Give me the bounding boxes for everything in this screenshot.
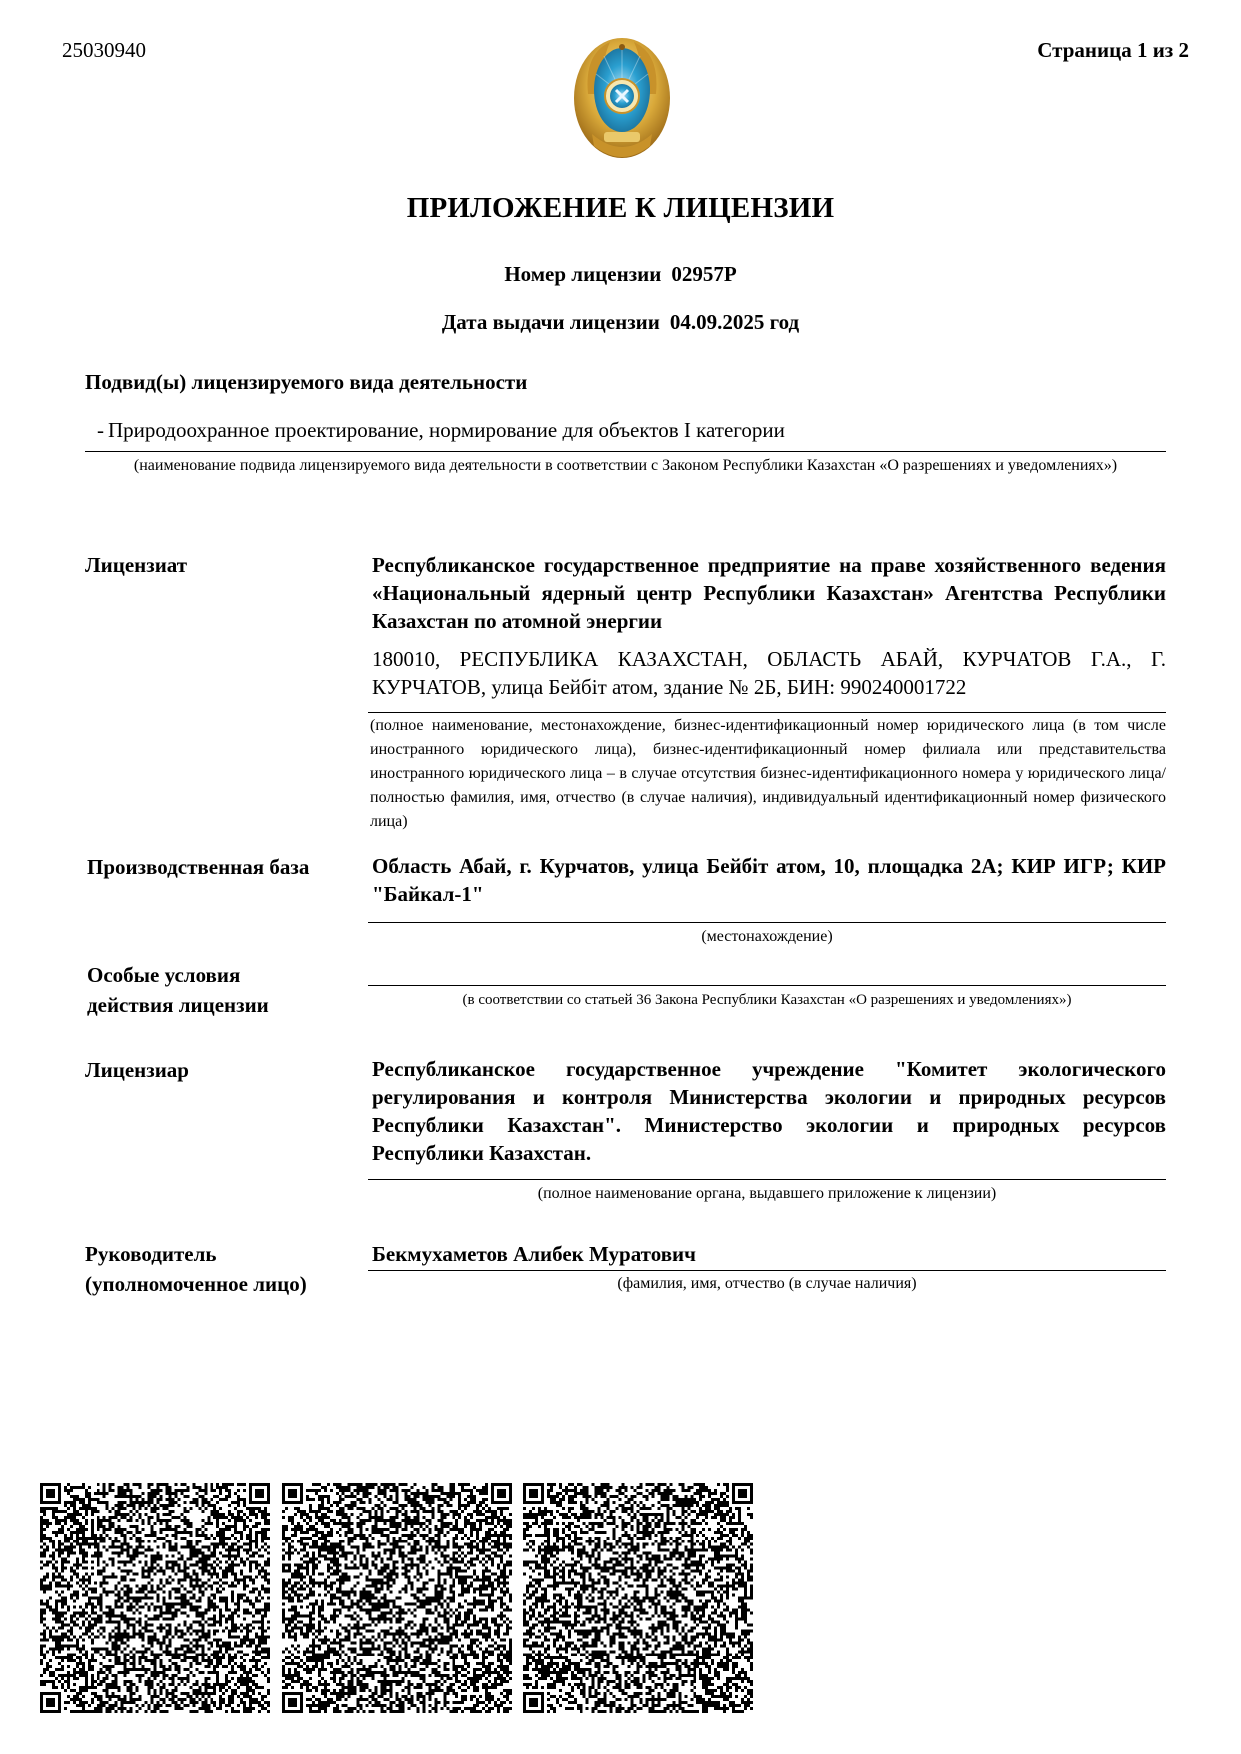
bullet-dash: - bbox=[97, 418, 104, 442]
head-label-line2: (уполномоченное лицо) bbox=[85, 1269, 307, 1299]
qr-code-1 bbox=[40, 1483, 270, 1713]
subtype-item: -Природоохранное проектирование, нормиро… bbox=[97, 418, 785, 443]
licensee-label: Лицензиат bbox=[85, 550, 187, 580]
licensee-underline bbox=[368, 712, 1166, 713]
qr-code-3 bbox=[523, 1483, 753, 1713]
production-base-caption: (местонахождение) bbox=[368, 926, 1166, 948]
head-underline bbox=[368, 1270, 1166, 1271]
production-base-label: Производственная база bbox=[87, 852, 309, 882]
issue-date: Дата выдачи лицензии04.09.2025 год bbox=[0, 310, 1241, 335]
subtype-underline bbox=[85, 451, 1166, 452]
qr-code-icon bbox=[523, 1483, 753, 1713]
licensor-label: Лицензиар bbox=[85, 1055, 189, 1085]
page-indicator: Страница 1 из 2 bbox=[1037, 38, 1189, 63]
issue-date-label: Дата выдачи лицензии bbox=[442, 310, 660, 334]
special-conditions-label-line1: Особые условия bbox=[87, 960, 269, 990]
licensor-value: Республиканское государственное учрежден… bbox=[372, 1055, 1166, 1167]
page-title: ПРИЛОЖЕНИЕ К ЛИЦЕНЗИИ bbox=[0, 192, 1241, 225]
qr-code-icon bbox=[40, 1483, 270, 1713]
special-conditions-underline bbox=[368, 985, 1166, 986]
qr-code-icon bbox=[282, 1483, 512, 1713]
document-number: 25030940 bbox=[62, 38, 146, 63]
special-conditions-caption: (в соответствии со статьей 36 Закона Рес… bbox=[368, 989, 1166, 1011]
head-label-line1: Руководитель bbox=[85, 1239, 307, 1269]
license-number-label: Номер лицензии bbox=[504, 262, 661, 286]
production-base-value: Область Абай, г. Курчатов, улица Бейбіт … bbox=[372, 852, 1166, 908]
subtype-caption: (наименование подвида лицензируемого вид… bbox=[85, 455, 1166, 477]
license-number-value: 02957Р bbox=[671, 262, 736, 286]
head-label: Руководитель (уполномоченное лицо) bbox=[85, 1239, 307, 1299]
production-base-underline bbox=[368, 922, 1166, 923]
licensee-caption: (полное наименование, местонахождение, б… bbox=[370, 714, 1166, 834]
licensee-name: Республиканское государственное предприя… bbox=[372, 551, 1166, 635]
head-caption: (фамилия, имя, отчество (в случае наличи… bbox=[368, 1273, 1166, 1295]
subtype-value: Природоохранное проектирование, нормиров… bbox=[108, 418, 785, 442]
issue-date-value: 04.09.2025 год bbox=[670, 310, 799, 334]
license-number: Номер лицензии02957Р bbox=[0, 262, 1241, 287]
special-conditions-label: Особые условия действия лицензии bbox=[87, 960, 269, 1020]
head-value: Бекмухаметов Алибек Муратович bbox=[372, 1240, 1166, 1268]
kazakhstan-state-emblem-icon bbox=[570, 34, 674, 168]
qr-code-2 bbox=[282, 1483, 512, 1713]
licensor-caption: (полное наименование органа, выдавшего п… bbox=[368, 1183, 1166, 1205]
special-conditions-label-line2: действия лицензии bbox=[87, 990, 269, 1020]
licensor-underline bbox=[368, 1179, 1166, 1180]
subtype-heading: Подвид(ы) лицензируемого вида деятельнос… bbox=[85, 370, 527, 395]
licensee-address: 180010, РЕСПУБЛИКА КАЗАХСТАН, ОБЛАСТЬ АБ… bbox=[372, 645, 1166, 701]
